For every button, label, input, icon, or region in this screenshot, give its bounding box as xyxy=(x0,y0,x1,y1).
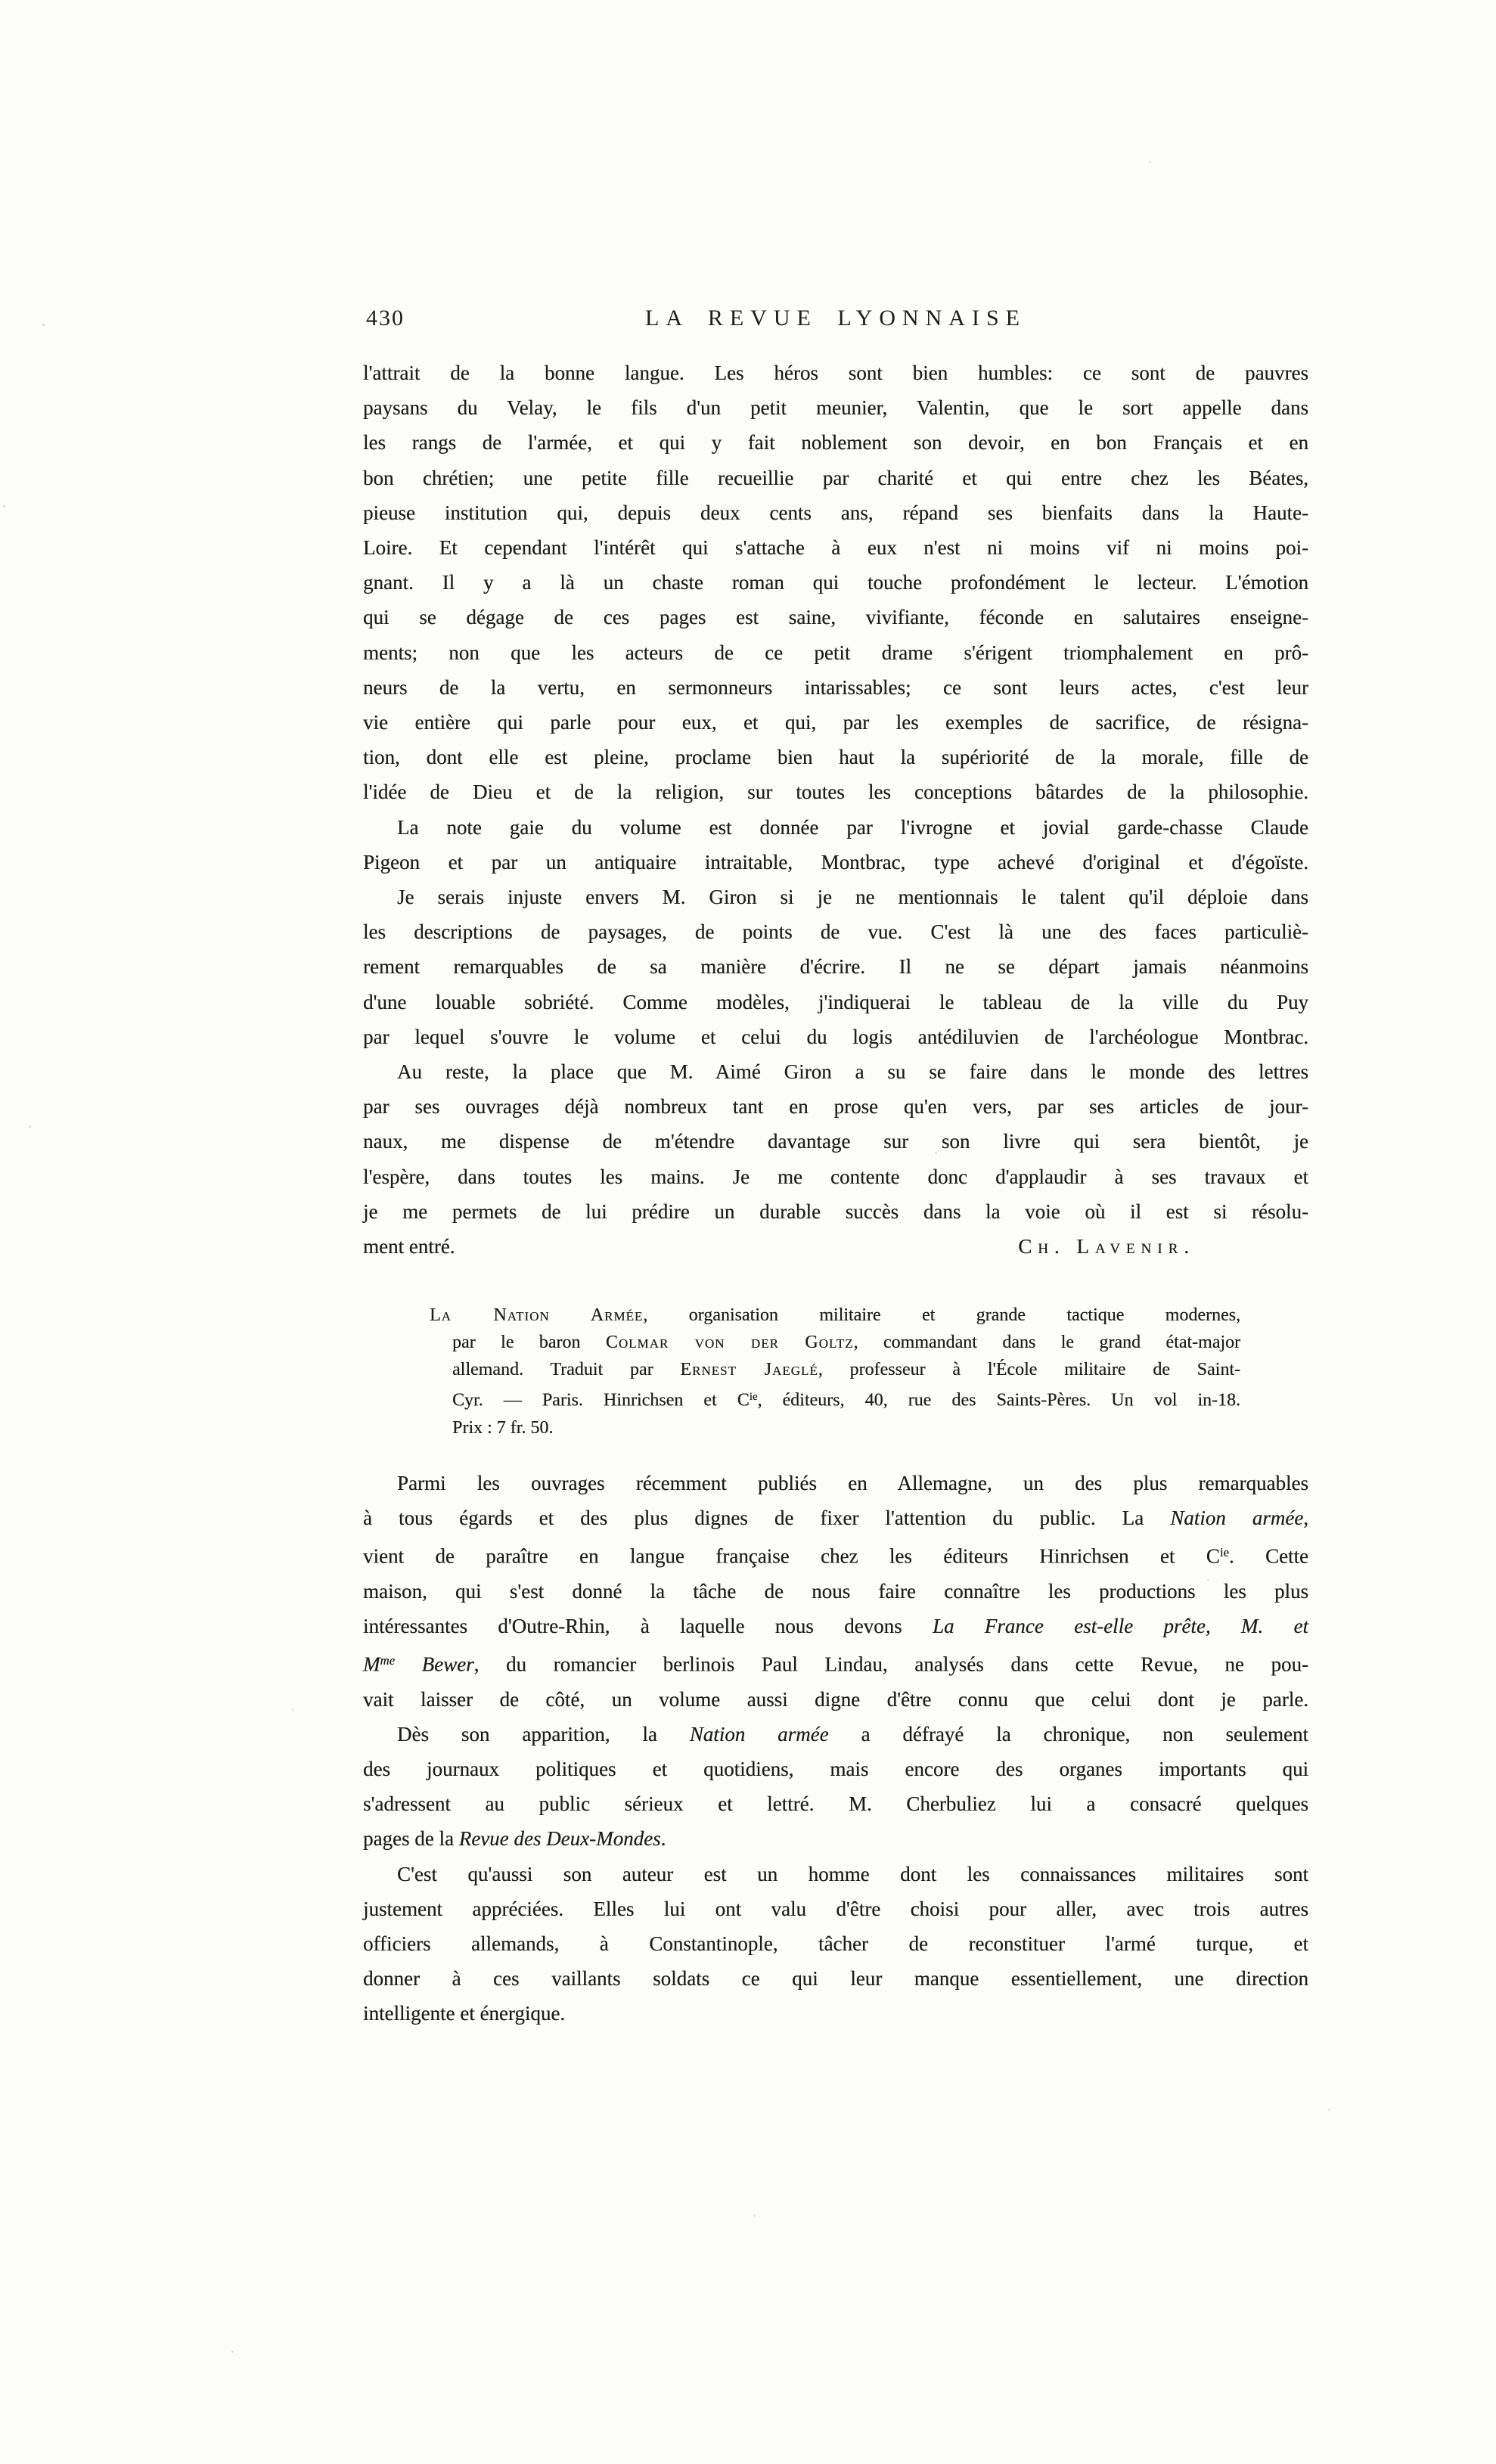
text-line: par ses ouvrages déjà nombreux tant en p… xyxy=(363,1089,1308,1124)
text-segment: l'idée de Dieu et de la religion, sur to… xyxy=(363,780,1308,803)
text-segment: pages de la xyxy=(363,1827,459,1850)
text-line: l'espère, dans toutes les mains. Je me c… xyxy=(363,1159,1308,1194)
text-segment: pieuse institution qui, depuis deux cent… xyxy=(363,501,1308,524)
paragraph: C'est qu'aussi son auteur est un homme d… xyxy=(363,1857,1308,2031)
text-line: les descriptions de paysages, de points … xyxy=(363,914,1308,949)
text-line: C'est qu'aussi son auteur est un homme d… xyxy=(363,1857,1308,1891)
text-segment: justement appréciées. Elles lui ont valu… xyxy=(363,1898,1308,1920)
text-segment: bon chrétien; une petite fille recueilli… xyxy=(363,467,1308,489)
text-segment: vait laisser de côté, un volume aussi di… xyxy=(363,1688,1308,1711)
paragraph: Au reste, la place que M. Aimé Giron a s… xyxy=(363,1054,1308,1264)
text-line: Pigeon et par un antiquaire intraitable,… xyxy=(363,845,1308,880)
text-segment: Parmi les ouvrages récemment publiés en … xyxy=(397,1472,1308,1494)
text-segment: M xyxy=(363,1652,380,1675)
bibliography-line: allemand. Traduit par Ernest Jaeglé, pro… xyxy=(452,1356,1240,1383)
text-line: d'une louable sobriété. Comme modèles, j… xyxy=(363,985,1308,1019)
article-end-section: l'attrait de la bonne langue. Les héros … xyxy=(363,355,1308,1264)
text-line: naux, me dispense de m'étendre davantage… xyxy=(363,1124,1308,1159)
bibliography-line: Prix : 7 fr. 50. xyxy=(452,1414,1240,1441)
text-line: officiers allemands, à Constantinople, t… xyxy=(363,1926,1308,1961)
text-segment: ment entré. xyxy=(363,1235,455,1258)
bibliography-line: Cyr. — Paris. Hinrichsen et Cie, éditeur… xyxy=(452,1383,1240,1414)
text-segment: par lequel s'ouvre le volume et celui du… xyxy=(363,1026,1308,1048)
text-line: justement appréciées. Elles lui ont valu… xyxy=(363,1891,1308,1926)
text-segment: ie xyxy=(750,1391,758,1403)
paragraph: Dès son apparition, la Nation armée a dé… xyxy=(363,1717,1308,1857)
text-segment: paysans du Velay, le fils d'un petit meu… xyxy=(363,396,1308,419)
text-segment: Nation armée xyxy=(1170,1507,1303,1529)
text-segment: s'adressent au public sérieux et lettré.… xyxy=(363,1792,1308,1815)
text-segment: . Cette xyxy=(1229,1544,1308,1567)
text-line: Mme Bewer, du romancier berlinois Paul L… xyxy=(363,1643,1308,1682)
text-segment: officiers allemands, à Constantinople, t… xyxy=(363,1932,1308,1955)
text-segment: a défrayé la chronique, non seulement xyxy=(829,1723,1308,1746)
text-line: Dès son apparition, la Nation armée a dé… xyxy=(363,1717,1308,1752)
text-segment: , éditeurs, 40, rue des Saints-Pères. Un… xyxy=(757,1391,1240,1410)
text-segment: tion, dont elle est pleine, proclame bie… xyxy=(363,746,1308,768)
text-segment: d'une louable sobriété. Comme modèles, j… xyxy=(363,991,1308,1013)
text-segment: l'espère, dans toutes les mains. Je me c… xyxy=(363,1165,1308,1188)
scan-noise xyxy=(42,324,45,326)
text-segment: rement remarquables de sa manière d'écri… xyxy=(363,955,1308,978)
text-line: rement remarquables de sa manière d'écri… xyxy=(363,949,1308,984)
text-line: l'attrait de la bonne langue. Les héros … xyxy=(363,355,1308,390)
text-segment: à tous égards et des plus dignes de fixe… xyxy=(363,1507,1170,1529)
text-segment: vie entière qui parle pour eux, et qui, … xyxy=(363,711,1308,734)
text-line: maison, qui s'est donné la tâche de nous… xyxy=(363,1574,1308,1609)
text-segment: , professeur à l'École militaire de Sain… xyxy=(818,1360,1240,1379)
text-segment: , du romancier berlinois Paul Lindau, an… xyxy=(474,1652,1308,1675)
text-segment: Prix : 7 fr. 50. xyxy=(452,1418,553,1438)
text-segment: Nation armée xyxy=(690,1723,829,1746)
text-segment: La Nation Armée xyxy=(430,1305,643,1325)
bibliography-entry: La Nation Armée, organisation militaire … xyxy=(430,1302,1240,1441)
text-line: l'idée de Dieu et de la religion, sur to… xyxy=(363,774,1308,809)
text-line: ments; non que les acteurs de ce petit d… xyxy=(363,635,1308,670)
text-line: Je serais injuste envers M. Giron si je … xyxy=(363,880,1308,914)
text-segment: naux, me dispense de m'étendre davantage… xyxy=(363,1130,1308,1153)
text-line: paysans du Velay, le fils d'un petit meu… xyxy=(363,390,1308,425)
text-line: qui se dégage de ces pages est saine, vi… xyxy=(363,600,1308,635)
text-segment: ments; non que les acteurs de ce petit d… xyxy=(363,641,1308,664)
text-line: La note gaie du volume est donnée par l'… xyxy=(363,810,1308,845)
text-line: ment entré.Ch. Lavenir. xyxy=(363,1229,1308,1264)
text-line: à tous égards et des plus dignes de fixe… xyxy=(363,1500,1308,1535)
text-segment: l'attrait de la bonne langue. Les héros … xyxy=(363,362,1308,384)
paragraph: Parmi les ouvrages récemment publiés en … xyxy=(363,1466,1308,1717)
text-line: par lequel s'ouvre le volume et celui du… xyxy=(363,1019,1308,1054)
text-segment: , xyxy=(1303,1507,1308,1529)
text-segment: des journaux politiques et quotidiens, m… xyxy=(363,1758,1308,1780)
running-title: LA REVUE LYONNAISE xyxy=(363,306,1308,331)
text-segment: Loire. Et cependant l'intérêt qui s'atta… xyxy=(363,536,1308,559)
text-segment: La France est-elle prête, M. et xyxy=(933,1615,1308,1637)
text-line: vie entière qui parle pour eux, et qui, … xyxy=(363,705,1308,740)
text-line: Au reste, la place que M. Aimé Giron a s… xyxy=(363,1054,1308,1089)
running-header: 430 LA REVUE LYONNAISE xyxy=(363,306,1308,340)
text-segment: Pigeon et par un antiquaire intraitable,… xyxy=(363,851,1308,874)
text-line: donner à ces vaillants soldats ce qui le… xyxy=(363,1961,1308,1996)
author-signature: Ch. Lavenir. xyxy=(1018,1229,1195,1264)
text-segment: par ses ouvrages déjà nombreux tant en p… xyxy=(363,1095,1308,1118)
text-line: gnant. Il y a là un chaste roman qui tou… xyxy=(363,565,1308,600)
text-line: des journaux politiques et quotidiens, m… xyxy=(363,1752,1308,1786)
book-review-section: Parmi les ouvrages récemment publiés en … xyxy=(363,1466,1308,2031)
text-segment: allemand. Traduit par xyxy=(452,1360,680,1379)
bibliography-line: par le baron Colmar von der Goltz, comma… xyxy=(452,1329,1240,1356)
text-segment: les rangs de l'armée, et qui y fait nobl… xyxy=(363,431,1308,454)
text-line: intelligente et énergique. xyxy=(363,1996,1308,2031)
text-line: bon chrétien; une petite fille recueilli… xyxy=(363,461,1308,495)
text-line: pieuse institution qui, depuis deux cent… xyxy=(363,495,1308,530)
text-segment: donner à ces vaillants soldats ce qui le… xyxy=(363,1967,1308,1990)
text-segment: Au reste, la place que M. Aimé Giron a s… xyxy=(397,1060,1308,1083)
paragraph: La note gaie du volume est donnée par l'… xyxy=(363,810,1308,880)
text-segment: Bewer xyxy=(395,1652,474,1675)
text-segment: . xyxy=(661,1827,666,1850)
text-segment: Ernest Jaeglé xyxy=(680,1360,818,1379)
text-segment: je me permets de lui prédire un durable … xyxy=(363,1200,1308,1223)
text-segment: maison, qui s'est donné la tâche de nous… xyxy=(363,1580,1308,1603)
text-segment: les descriptions de paysages, de points … xyxy=(363,920,1308,943)
scanned-page: 430 LA REVUE LYONNAISE l'attrait de la b… xyxy=(0,0,1496,2464)
text-line: neurs de la vertu, en sermonneurs intari… xyxy=(363,670,1308,705)
paragraph: Je serais injuste envers M. Giron si je … xyxy=(363,880,1308,1054)
text-segment: neurs de la vertu, en sermonneurs intari… xyxy=(363,676,1308,699)
text-segment: gnant. Il y a là un chaste roman qui tou… xyxy=(363,571,1308,594)
text-segment: Dès son apparition, la xyxy=(397,1723,690,1746)
text-segment: C'est qu'aussi son auteur est un homme d… xyxy=(397,1863,1308,1885)
text-line: s'adressent au public sérieux et lettré.… xyxy=(363,1786,1308,1821)
text-segment: me xyxy=(380,1653,396,1668)
text-segment: , organisation militaire et grande tacti… xyxy=(643,1305,1240,1325)
bibliography-line: La Nation Armée, organisation militaire … xyxy=(430,1302,1240,1329)
text-segment: ie xyxy=(1220,1545,1229,1559)
text-line: Parmi les ouvrages récemment publiés en … xyxy=(363,1466,1308,1500)
paragraph: l'attrait de la bonne langue. Les héros … xyxy=(363,355,1308,810)
text-segment: intéressantes d'Outre-Rhin, à laquelle n… xyxy=(363,1615,933,1637)
text-line: vait laisser de côté, un volume aussi di… xyxy=(363,1682,1308,1717)
text-line: tion, dont elle est pleine, proclame bie… xyxy=(363,740,1308,774)
text-segment: Je serais injuste envers M. Giron si je … xyxy=(397,886,1308,908)
text-segment: Cyr. — Paris. Hinrichsen et C xyxy=(452,1391,750,1410)
text-segment: , commandant dans le grand état-major xyxy=(853,1333,1240,1352)
text-segment: qui se dégage de ces pages est saine, vi… xyxy=(363,606,1308,628)
text-line: intéressantes d'Outre-Rhin, à laquelle n… xyxy=(363,1609,1308,1643)
text-segment: vient de paraître en langue française ch… xyxy=(363,1544,1220,1567)
text-segment: Revue des Deux-Mondes xyxy=(459,1827,661,1850)
text-line: vient de paraître en langue française ch… xyxy=(363,1535,1308,1574)
text-line: Loire. Et cependant l'intérêt qui s'atta… xyxy=(363,530,1308,565)
text-segment: La note gaie du volume est donnée par l'… xyxy=(397,816,1308,839)
text-line: je me permets de lui prédire un durable … xyxy=(363,1194,1308,1229)
text-segment: Colmar von der Goltz xyxy=(606,1333,854,1352)
page-body: l'attrait de la bonne langue. Les héros … xyxy=(363,355,1308,2031)
text-line: pages de la Revue des Deux-Mondes. xyxy=(363,1821,1308,1856)
text-line: les rangs de l'armée, et qui y fait nobl… xyxy=(363,425,1308,460)
text-segment: intelligente et énergique. xyxy=(363,2002,565,2025)
text-segment: par le baron xyxy=(452,1333,606,1352)
